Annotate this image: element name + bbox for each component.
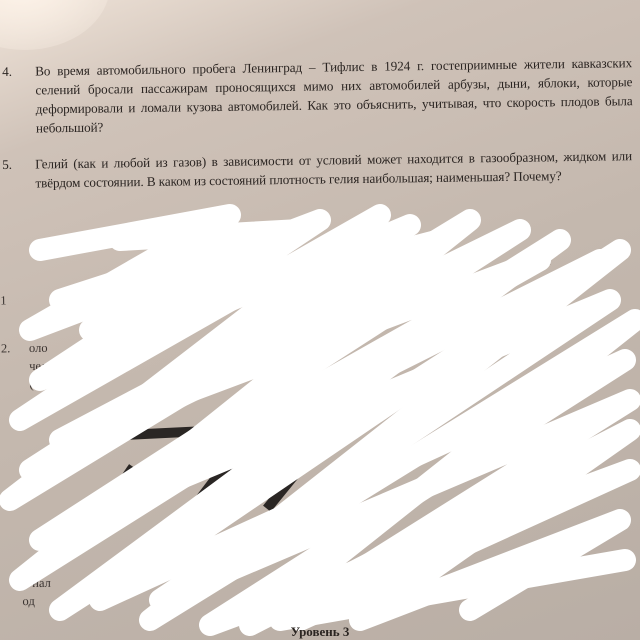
diagram-fragment (60, 420, 320, 443)
obscured-fragment: ира (109, 356, 128, 375)
obscured-fragment: чел (29, 357, 47, 376)
obscured-fragment: од (22, 592, 35, 611)
obscured-section: овен у с выпо ия аксим оцен ка 1 оил ост… (0, 221, 640, 620)
obscured-fragment: нал (32, 574, 51, 593)
question-text: Во время автомобильного пробега Ленингра… (35, 53, 633, 137)
worksheet-photo: 4. Во время автомобильного пробега Ленин… (0, 0, 640, 640)
obscured-fragment: (Рис. (29, 375, 56, 394)
obscured-fragment: оцен ка (508, 252, 551, 272)
obscured-fragment: ого нау (290, 389, 329, 409)
diagram-fragment (263, 459, 309, 512)
obscured-fragment: оо (402, 569, 415, 588)
obscured-fragment: овен (327, 237, 353, 256)
obscured-fragment: од (109, 338, 122, 357)
obscured-fragment: , а (418, 285, 430, 304)
obscured-fragment: ап (319, 335, 331, 354)
obscured-fragment: во (242, 589, 254, 608)
obscured-fragment: ние (419, 333, 438, 352)
diagram-fragment (181, 460, 233, 523)
obscured-fragment: иу (162, 590, 175, 609)
obscured-fragment: делен (30, 393, 61, 412)
obscured-fragment: поезда (348, 304, 384, 323)
question-4: 4. Во время автомобильного пробега Ленин… (0, 53, 633, 138)
obscured-fragment: оил (78, 290, 97, 309)
diagram-fragment (95, 464, 140, 521)
obscured-fragment: ия (298, 255, 312, 274)
obscured-fragment: 1 (0, 291, 7, 310)
obscured-fragment: у с выпо (148, 257, 196, 277)
level-heading: Уровень 3 (0, 624, 640, 640)
question-number: 4. (2, 62, 12, 81)
question-5: 5. Гелий (как и любой из газов) в зависи… (0, 146, 632, 193)
obscured-fragment: ср (238, 306, 250, 325)
question-number: 5. (2, 155, 12, 174)
obscured-fragment: иc (82, 573, 95, 592)
obscured-fragment: го (62, 591, 73, 610)
obscured-fragment: 2. (1, 339, 11, 358)
obscured-fragment: оло (29, 339, 48, 358)
obscured-fragment: остью (338, 286, 371, 305)
question-text: Гелий (как и любой из газов) в зависимос… (35, 146, 632, 192)
light-glare (0, 0, 110, 50)
obscured-fragment: аксим (438, 253, 473, 272)
obscured-fragment: ика (59, 356, 77, 375)
obscured-fragment: пр (399, 370, 412, 389)
